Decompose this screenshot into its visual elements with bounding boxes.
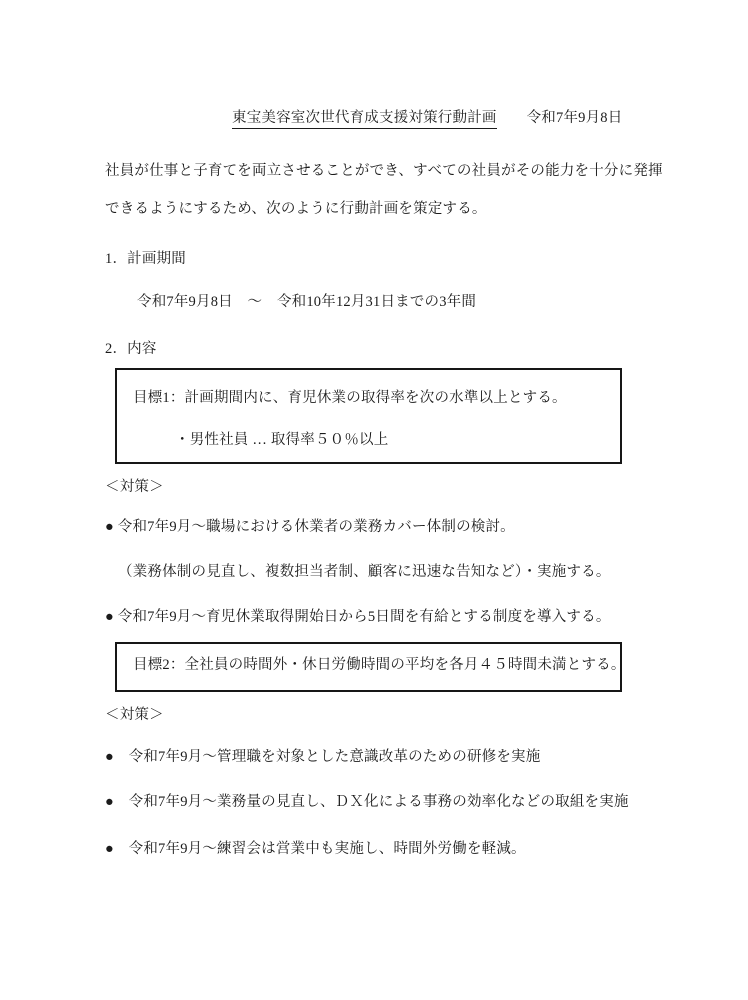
document-page: 東宝美容室次世代育成支援対策行動計画令和7年9月8日 社員が仕事と子育てを両立さ… bbox=[0, 0, 748, 1000]
goal2-box: 目標2：全社員の時間外・休日労働時間の平均を各月４５時間未満とする。 bbox=[115, 642, 622, 692]
document-title: 東宝美容室次世代育成支援対策行動計画 bbox=[232, 110, 497, 129]
document-date: 令和7年9月8日 bbox=[527, 110, 623, 126]
measure1-item-1: ● 令和7年9月～職場における休業者の業務カバー体制の検討。 bbox=[105, 518, 515, 537]
measure2-item-1: ● 令和7年9月～管理職を対象とした意識改革のための研修を実施 bbox=[105, 748, 540, 767]
intro-paragraph-line-1: 社員が仕事と子育てを両立させることができ、すべての社員がその能力を十分に発揮 bbox=[105, 162, 663, 181]
title-line: 東宝美容室次世代育成支援対策行動計画令和7年9月8日 bbox=[232, 109, 622, 128]
measure2-item-3: ● 令和7年9月～練習会は営業中も実施し、時間外労働を軽減。 bbox=[105, 840, 526, 859]
intro-paragraph-line-2: できるようにするため、次のように行動計画を策定する。 bbox=[105, 200, 487, 219]
goal2-statement: 目標2：全社員の時間外・休日労働時間の平均を各月４５時間未満とする。 bbox=[133, 656, 626, 675]
measure1-item-2: ● 令和7年9月～育児休業取得開始日から5日間を有給とする制度を導入する。 bbox=[105, 608, 611, 627]
section-heading-content: 2．内容 bbox=[105, 340, 157, 359]
plan-period-value: 令和7年9月8日 ～ 令和10年12月31日までの3年間 bbox=[137, 293, 476, 312]
measures1-label: ＜対策＞ bbox=[105, 478, 164, 497]
goal1-target: ・男性社員 … 取得率５０％以上 bbox=[175, 431, 388, 450]
measure1-item-1-continuation: （業務体制の見直し、複数担当者制、顧客に迅速な告知など）・実施する。 bbox=[118, 563, 611, 582]
goal1-box: 目標1：計画期間内に、育児休業の取得率を次の水準以上とする。 ・男性社員 … 取… bbox=[115, 368, 622, 464]
goal1-statement: 目標1：計画期間内に、育児休業の取得率を次の水準以上とする。 bbox=[133, 389, 567, 408]
measures2-label: ＜対策＞ bbox=[105, 706, 164, 725]
measure2-item-2: ● 令和7年9月～業務量の見直し、ＤＸ化による事務の効率化などの取組を実施 bbox=[105, 793, 629, 812]
section-heading-period: 1．計画期間 bbox=[105, 250, 186, 269]
